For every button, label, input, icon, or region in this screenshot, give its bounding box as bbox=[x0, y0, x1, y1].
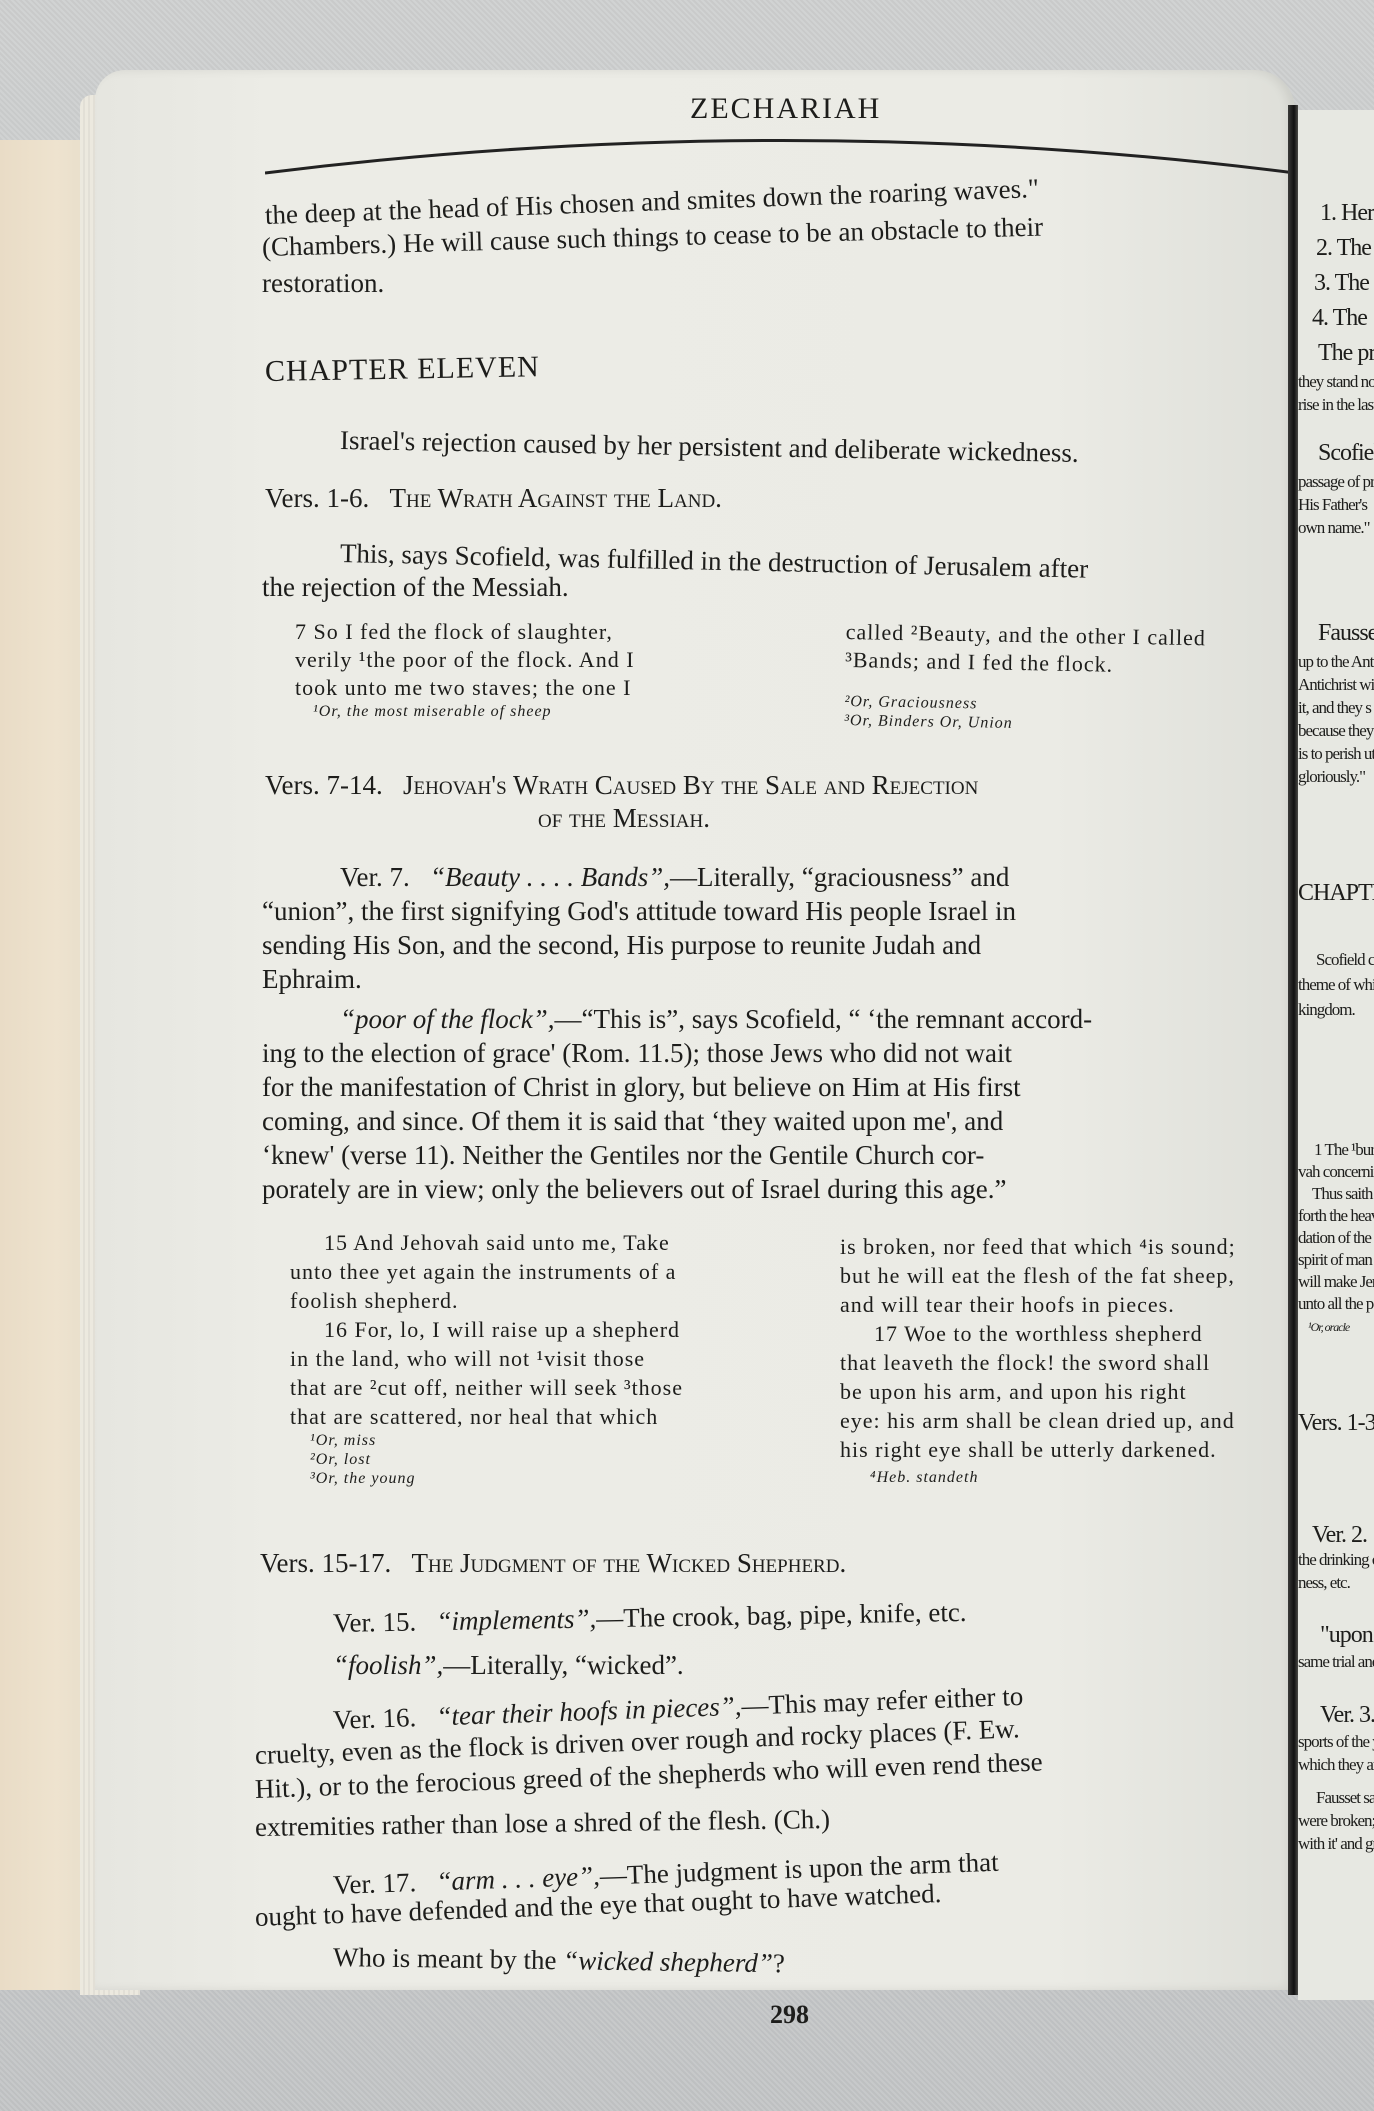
section-title: The Wrath Against the Land. bbox=[389, 483, 721, 513]
next-page-line: were broken; bu bbox=[1298, 1811, 1374, 1831]
verse-line: his right eye shall be utterly darkened. bbox=[840, 1435, 1236, 1464]
poor-line-1: “poor of the flock”,—“This is”, says Sco… bbox=[340, 1004, 1092, 1035]
next-page-line: Scofield bbox=[1318, 440, 1374, 467]
question-text: Who is meant by the bbox=[333, 1942, 564, 1975]
verse-label: Ver. 16. bbox=[332, 1702, 416, 1735]
verse-line: unto thee yet again the instruments of a bbox=[290, 1257, 683, 1286]
next-page-line: up to the Ant bbox=[1298, 652, 1373, 672]
poor-line-5: ‘knew' (verse 11). Neither the Gentiles … bbox=[262, 1140, 984, 1171]
question-mark: ? bbox=[773, 1948, 785, 1978]
verse-line: and will tear their hoofs in pieces. bbox=[840, 1290, 1236, 1319]
next-page-line: ness, etc. bbox=[1298, 1573, 1350, 1593]
ver7-line-2: “union”, the first signifying God's atti… bbox=[262, 896, 1016, 927]
quoted-term: “implements”, bbox=[436, 1603, 596, 1636]
verse-line: be upon his arm, and upon his right bbox=[840, 1377, 1236, 1406]
footnote: ¹Or, miss bbox=[290, 1431, 683, 1450]
section-heading-2: Vers. 7-14. Jehovah's Wrath Caused By th… bbox=[265, 770, 978, 801]
section-ref: Vers. 7-14. bbox=[265, 770, 383, 800]
next-page-line: will make Jeru bbox=[1298, 1272, 1374, 1292]
section1-body-line-2: the rejection of the Messiah. bbox=[262, 572, 569, 603]
book-page-right-partial: 1. Her 2. The 3. The 4. The The pri they… bbox=[1298, 110, 1374, 2000]
next-page-line: Fausset say bbox=[1316, 1788, 1374, 1808]
next-page-line: theme of whic bbox=[1298, 975, 1374, 995]
next-page-line: rise in the last bbox=[1298, 395, 1374, 415]
next-page-line: 1. Her bbox=[1320, 200, 1374, 227]
next-page-line: sports of the yo bbox=[1298, 1732, 1374, 1752]
next-page-line: vah concerning bbox=[1298, 1162, 1374, 1182]
next-page-line: it, and they s bbox=[1298, 698, 1371, 718]
verse-label: Ver. 15. bbox=[333, 1607, 417, 1638]
verse-line: eye: his arm shall be clean dried up, an… bbox=[840, 1406, 1236, 1435]
next-page-line: gloriously." bbox=[1298, 767, 1365, 787]
next-page-line: forth the heaven bbox=[1298, 1206, 1374, 1226]
foolish-line: “foolish”,—Literally, “wicked”. bbox=[333, 1650, 684, 1681]
next-page-line: The pri bbox=[1318, 340, 1374, 367]
section-title: Jehovah's Wrath Caused By the Sale and R… bbox=[403, 770, 978, 800]
next-page-line: 1 The ¹burd bbox=[1314, 1140, 1374, 1160]
next-page-line: with it' and gri bbox=[1298, 1834, 1374, 1854]
next-page-line: they stand no bbox=[1298, 372, 1374, 392]
poor-line-2: ing to the election of grace' (Rom. 11.5… bbox=[262, 1038, 1012, 1069]
poor-line-3: for the manifestation of Christ in glory… bbox=[262, 1072, 1021, 1103]
poor-line-4: coming, and since. Of them it is said th… bbox=[262, 1106, 1003, 1137]
verse-label: Ver. 17. bbox=[332, 1867, 416, 1900]
verse-line: foolish shepherd. bbox=[290, 1286, 683, 1315]
next-page-line: His Father's bbox=[1298, 495, 1367, 515]
quoted-term: “wicked shepherd” bbox=[563, 1945, 773, 1978]
section-heading-1: Vers. 1-6. The Wrath Against the Land. bbox=[265, 483, 722, 514]
quoted-term: “poor of the flock”, bbox=[340, 1004, 555, 1034]
next-page-line: Thus saith J bbox=[1312, 1184, 1374, 1204]
verse-line: that are scattered, nor heal that which bbox=[290, 1402, 683, 1431]
verse-line: in the land, who will not ¹visit those bbox=[290, 1344, 683, 1373]
footnote: ⁴Heb. standeth bbox=[840, 1464, 1236, 1487]
next-page-line: Scofield c bbox=[1316, 950, 1374, 970]
page-number: 298 bbox=[770, 2000, 809, 2030]
poor-line-6: porately are in view; only the believers… bbox=[262, 1174, 1007, 1205]
commentary-text: —The crook, bag, pipe, knife, etc. bbox=[596, 1597, 967, 1633]
next-page-line: because they r bbox=[1298, 721, 1374, 741]
section-ref: Vers. 15-17. bbox=[260, 1548, 391, 1578]
next-page-line: unto all the pe bbox=[1298, 1294, 1374, 1314]
verse-line: that are ²cut off, neither will seek ³th… bbox=[290, 1373, 683, 1402]
ver7-line-1: Ver. 7. “Beauty . . . . Bands”,—Literall… bbox=[340, 862, 1009, 893]
next-page-line: the drinking of bbox=[1298, 1550, 1374, 1570]
next-page-line: Antichrist wil bbox=[1298, 675, 1374, 695]
next-page-line: passage of pro bbox=[1298, 472, 1374, 492]
next-page-line: 2. The bbox=[1316, 235, 1371, 262]
scripture-block-left: 7 So I fed the flock of slaughter, veril… bbox=[295, 618, 635, 721]
footnote: ²Or, lost bbox=[290, 1450, 683, 1469]
verse-line: 15 And Jehovah said unto me, Take bbox=[290, 1228, 683, 1257]
next-page-line: 4. The bbox=[1312, 305, 1367, 332]
next-page-line: is to perish utt bbox=[1298, 744, 1374, 764]
scripture-block-right-2: is broken, nor feed that which ⁴is sound… bbox=[840, 1232, 1236, 1487]
footnote: ³Or, the young bbox=[290, 1469, 683, 1488]
chapter-title: CHAPTER ELEVEN bbox=[265, 350, 540, 389]
verse-label: Ver. 7. bbox=[340, 862, 410, 892]
section-heading-3: Vers. 15-17. The Judgment of the Wicked … bbox=[260, 1548, 846, 1579]
next-page-line: dation of the bbox=[1298, 1228, 1371, 1248]
verse-line: 16 For, lo, I will raise up a shepherd bbox=[290, 1315, 683, 1344]
book-gutter bbox=[1288, 105, 1298, 1995]
next-page-line: same trial and b bbox=[1298, 1652, 1374, 1672]
quoted-term: “foolish”, bbox=[333, 1650, 443, 1680]
next-page-line: Fausset s bbox=[1318, 620, 1374, 647]
footnote: ¹Or, the most miserable of sheep bbox=[295, 702, 635, 721]
ver7-line-3: sending His Son, and the second, His pur… bbox=[262, 930, 981, 961]
question-line: Who is meant by the “wicked shepherd”? bbox=[333, 1942, 785, 1979]
section-ref: Vers. 1-6. bbox=[265, 483, 369, 513]
next-page-line: Ver. 2. bbox=[1312, 1522, 1367, 1549]
verse-line: 17 Woe to the worthless shepherd bbox=[840, 1319, 1236, 1348]
commentary-text: —Literally, “graciousness” and bbox=[670, 862, 1009, 892]
next-page-line: spirit of man w bbox=[1298, 1250, 1374, 1270]
next-page-line: Ver. 3. bbox=[1320, 1702, 1374, 1729]
commentary-text: —Literally, “wicked”. bbox=[443, 1650, 683, 1680]
verse-line: is broken, nor feed that which ⁴is sound… bbox=[840, 1232, 1236, 1261]
next-page-line: "upon Ju bbox=[1320, 1622, 1374, 1649]
ver7-line-4: Ephraim. bbox=[262, 964, 362, 995]
scripture-block-left-2: 15 And Jehovah said unto me, Take unto t… bbox=[290, 1228, 683, 1488]
quoted-term: “Beauty . . . . Bands”, bbox=[430, 862, 670, 892]
next-page-line: Vers. 1-3. JE bbox=[1298, 1410, 1374, 1437]
next-page-line: CHAPTER T bbox=[1298, 880, 1374, 907]
verse-line: but he will eat the flesh of the fat she… bbox=[840, 1261, 1236, 1290]
next-page-line: kingdom. bbox=[1298, 1000, 1355, 1020]
next-page-line: own name." bbox=[1298, 518, 1370, 538]
section-title: The Judgment of the Wicked Shepherd. bbox=[411, 1548, 846, 1578]
next-page-line: 3. The bbox=[1314, 270, 1369, 297]
verse-line: 7 So I fed the flock of slaughter, bbox=[295, 618, 635, 646]
verse-line: that leaveth the flock! the sword shall bbox=[840, 1348, 1236, 1377]
intro-line-3: restoration. bbox=[262, 268, 384, 299]
scripture-block-right: called ²Beauty, and the other I called ³… bbox=[844, 618, 1206, 736]
next-page-footnote: ¹Or, oracle bbox=[1308, 1320, 1349, 1335]
verse-line: took unto me two staves; the one I bbox=[295, 674, 635, 702]
commentary-text: —“This is”, says Scofield, “ ‘the remnan… bbox=[555, 1004, 1093, 1034]
next-page-line: which they are bbox=[1298, 1755, 1374, 1775]
verse-line: verily ¹the poor of the flock. And I bbox=[295, 646, 635, 674]
section-heading-2-continued: of the Messiah. bbox=[538, 803, 710, 834]
